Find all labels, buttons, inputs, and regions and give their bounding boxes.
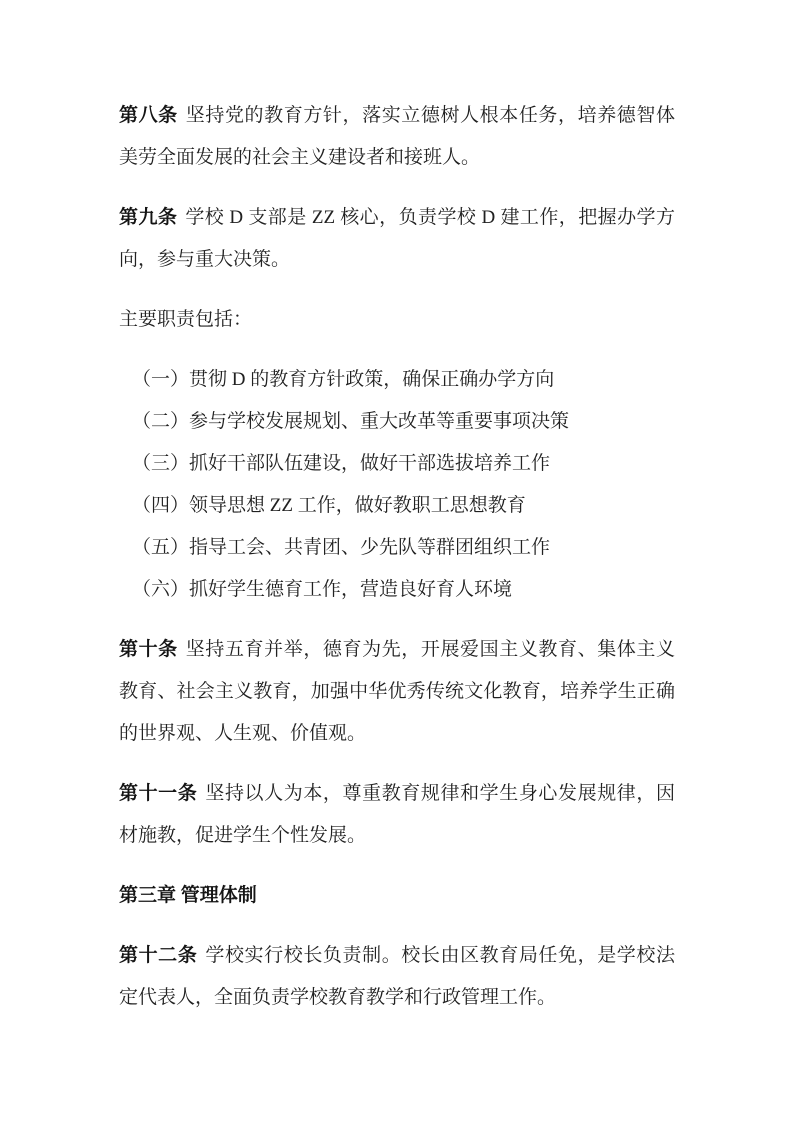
document-page: 第八条坚持党的教育方针，落实立德树人根本任务，培养德智体美劳全面发展的社会主义建…	[0, 0, 793, 1122]
article-11-number: 第十一条	[119, 783, 197, 804]
article-8-paragraph: 第八条坚持党的教育方针，落实立德树人根本任务，培养德智体美劳全面发展的社会主义建…	[119, 95, 675, 179]
article-10-number: 第十条	[119, 639, 178, 660]
article-9-number: 第九条	[119, 207, 177, 228]
article-10-text: 坚持五育并举，德育为先，开展爱国主义教育、集体主义教育、社会主义教育，加强中华优…	[119, 639, 675, 744]
article-8-text: 坚持党的教育方针，落实立德树人根本任务，培养德智体美劳全面发展的社会主义建设者和…	[119, 105, 675, 168]
duty-item-4: （四）领导思想 ZZ 工作，做好教职工思想教育	[119, 485, 675, 527]
article-11-text: 坚持以人为本，尊重教育规律和学生身心发展规律，因材施教，促进学生个性发展。	[119, 783, 675, 846]
duty-item-2: （二）参与学校发展规划、重大改革等重要事项决策	[119, 401, 675, 443]
duty-item-1: （一）贯彻 D 的教育方针政策，确保正确办学方向	[119, 359, 675, 401]
duties-intro: 主要职责包括：	[119, 299, 675, 341]
article-8-number: 第八条	[119, 105, 178, 126]
duty-item-5: （五）指导工会、共青团、少先队等群团组织工作	[119, 527, 675, 569]
duty-item-3: （三）抓好干部队伍建设，做好干部选拔培养工作	[119, 443, 675, 485]
article-11-paragraph: 第十一条坚持以人为本，尊重教育规律和学生身心发展规律，因材施教，促进学生个性发展…	[119, 773, 675, 857]
article-12-text: 学校实行校长负责制。校长由区教育局任免，是学校法定代表人，全面负责学校教育教学和…	[119, 945, 675, 1008]
chapter-3-heading: 第三章 管理体制	[119, 875, 675, 917]
article-9-paragraph: 第九条学校 D 支部是 ZZ 核心，负责学校 D 建工作，把握办学方向，参与重大…	[119, 197, 675, 281]
article-9-text: 学校 D 支部是 ZZ 核心，负责学校 D 建工作，把握办学方向，参与重大决策。	[119, 207, 675, 270]
article-12-number: 第十二条	[119, 945, 197, 966]
duty-item-6: （六）抓好学生德育工作，营造良好育人环境	[119, 569, 675, 611]
duties-list: （一）贯彻 D 的教育方针政策，确保正确办学方向 （二）参与学校发展规划、重大改…	[119, 359, 675, 611]
article-12-paragraph: 第十二条学校实行校长负责制。校长由区教育局任免，是学校法定代表人，全面负责学校教…	[119, 935, 675, 1019]
article-10-paragraph: 第十条坚持五育并举，德育为先，开展爱国主义教育、集体主义教育、社会主义教育，加强…	[119, 629, 675, 755]
